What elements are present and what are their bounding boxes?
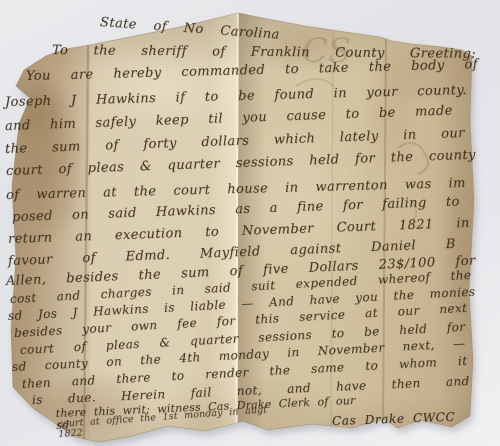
letter-line: You are hereby commanded to take the bod… bbox=[26, 58, 478, 84]
photo-background: CS State of No Carolina To the sheriff o… bbox=[0, 0, 500, 446]
letter-line: State of No Carolina bbox=[100, 16, 281, 43]
letter-text-layer: State of No Carolina To the sheriff of F… bbox=[0, 0, 500, 446]
